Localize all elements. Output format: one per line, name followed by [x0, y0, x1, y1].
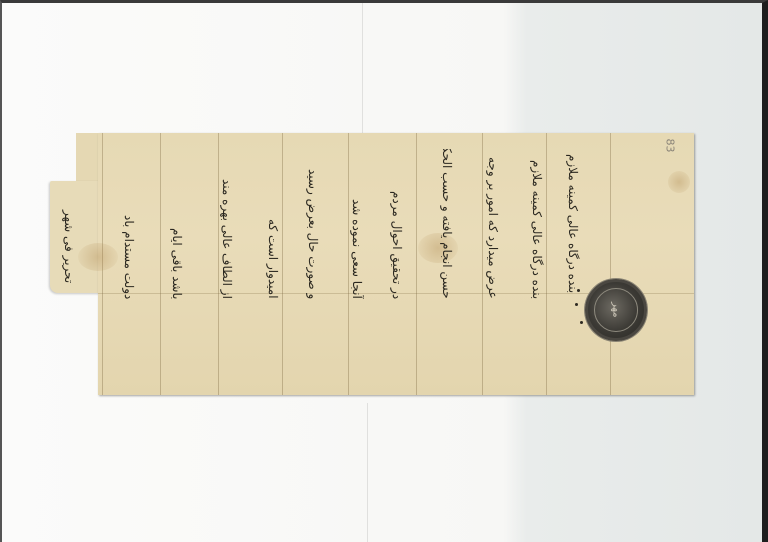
manuscript-line: دولت مستدام باد — [114, 149, 136, 299]
folio-number: 83 — [664, 139, 677, 153]
stain — [78, 243, 118, 271]
manuscript-line: و صورت حال بعرض رسید — [298, 149, 320, 299]
manuscript-line: امیدوار است که — [258, 149, 280, 299]
background-crease — [362, 3, 363, 143]
manuscript-line: تحریر فی شهر — [54, 183, 76, 283]
fold-line — [160, 133, 161, 395]
ink-dot — [580, 321, 583, 324]
manuscript-line: از الطاف عالی بهره مند — [212, 149, 234, 299]
seal-inscription: مهر — [594, 288, 638, 332]
fold-line — [610, 133, 611, 395]
manuscript-line: عرض میدارد که امور بر وجه — [478, 149, 500, 299]
ink-dot — [577, 289, 580, 292]
manuscript-line: در تحقیق احوال مردم — [382, 149, 404, 299]
ink-dot — [575, 303, 578, 306]
paper-notch — [76, 133, 100, 181]
stain — [668, 171, 690, 193]
fold-line — [282, 133, 283, 395]
fold-line — [546, 133, 547, 395]
scan-page: تحریر فی شهر دولت مستدام باد باشد باقی ا… — [0, 0, 768, 542]
background-crease — [367, 403, 368, 542]
manuscript-line: بنده درگاه عالی کمینه ملازم — [558, 153, 580, 293]
manuscript-line: بنده درگاه عالی کمینه ملازم — [522, 149, 544, 299]
manuscript-line: باشد باقی ایام — [162, 149, 184, 299]
manuscript-line: حسن انجام یافته و حسب الحکم — [432, 149, 454, 299]
seal-stamp: مهر — [585, 279, 647, 341]
manuscript-line: آنجا سعی نموده شد — [342, 149, 364, 299]
fold-line — [416, 133, 417, 395]
